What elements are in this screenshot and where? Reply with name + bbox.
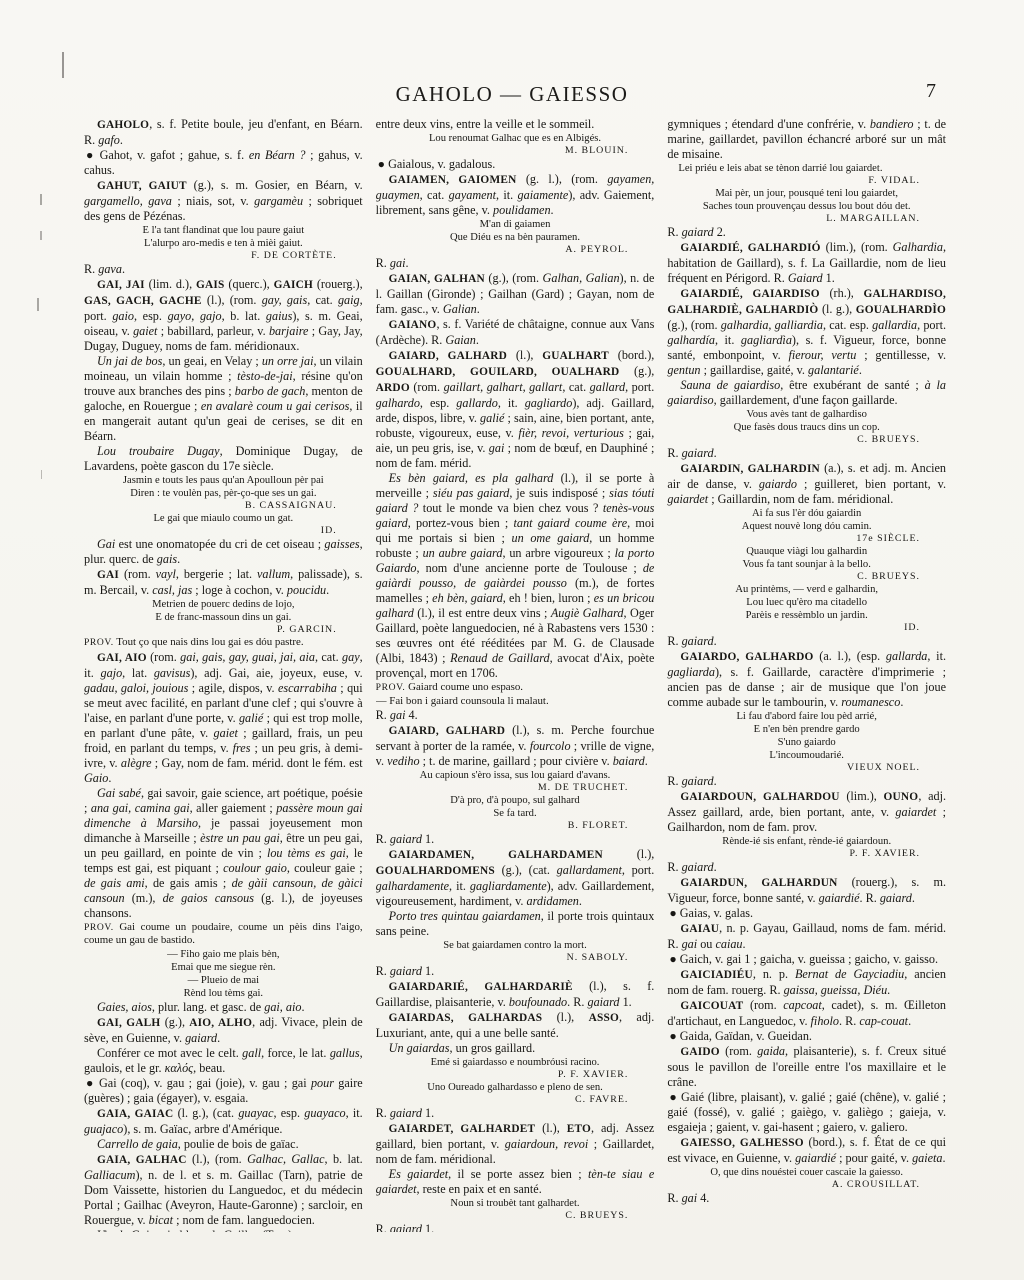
text-block-entry: GAI (rom. vayl, bergerie ; lat. vallum, …: [84, 567, 363, 598]
text-block-plain: R. gaiard 1.: [376, 1106, 655, 1121]
text-block-cit: Lei priéu e leis abat se tènon darrié lo…: [667, 162, 946, 175]
text-block-attr: P. F. XAVIER.: [667, 848, 946, 860]
text-block-entry: GAI, GALH (g.), AIO, ALHO, adj. Vivace, …: [84, 1015, 363, 1046]
text-block-para: Es gaiardet, il se porte assez bien ; tè…: [376, 1167, 655, 1197]
text-block-plain: R. gaiard 1.: [376, 832, 655, 847]
text-block-para: Lou troubaire Dugay, Dominique Dugay, de…: [84, 444, 363, 474]
text-block-verse: Noun si troubèt tant galhardet.: [376, 1197, 655, 1210]
text-block-attr: F. VIDAL.: [667, 175, 946, 187]
text-block-para: Gaies, aios, plur. lang. et gasc. de gai…: [84, 1000, 363, 1015]
text-block-entry: GAIAN, GALHAN (g.), (rom. Galhan, Galian…: [376, 271, 655, 317]
text-block-entry: GAICIADIÉU, n. p. Bernat de Gayciadiu, a…: [667, 967, 946, 998]
text-block-plain: R. gaiard 1.: [376, 1222, 655, 1232]
text-block-attr: P. F. XAVIER.: [376, 1069, 655, 1081]
text-block-entry: GAIARDUN, GALHARDUN (rouerg.), s. m. Vig…: [667, 875, 946, 906]
text-block-attr: A. PEYROL.: [376, 244, 655, 256]
text-block-verse: Li fau d'abord faire lou pèd arrié,E n'e…: [667, 710, 946, 762]
text-block-verse: Metrien de pouerc dedins de lojo,E de fr…: [84, 598, 363, 624]
text-block-verse: — Fiho gaio me plais bèn,Emai que me sie…: [84, 948, 363, 974]
text-block-bullet: ● Gaida, Gaïdan, v. Gueidan.: [667, 1029, 946, 1044]
text-block-entry: GAI, JAI (lim. d.), GAIS (querc.), GAICH…: [84, 277, 363, 354]
text-block-entry: GAI, AIO (rom. gai, gais, gay, guai, jai…: [84, 650, 363, 786]
text-block-entry: GAICOUAT (rom. capcoat, cadet), s. m. Œi…: [667, 998, 946, 1029]
text-block-attr: ID.: [667, 622, 946, 634]
text-block-verse: Jasmin e touts les paus qu'an Apoulloun …: [84, 474, 363, 500]
scan-artifact: [41, 470, 42, 479]
column-1: GAHOLO, s. f. Petite boule, jeu d'enfant…: [84, 117, 363, 1232]
column-3: gymniques ; étendard d'une confrérie, v.…: [667, 117, 946, 1232]
text-block-prov: PROV. Gaiard coume uno espaso.: [376, 681, 655, 695]
text-block-verse: O, que dins nouéstei couer cascaie la ga…: [667, 1166, 946, 1179]
text-block-attr: VIEUX NOEL.: [667, 762, 946, 774]
text-block-entry: GAIARDIÉ, GAIARDISO (rh.), GALHARDISO, G…: [667, 286, 946, 378]
scan-artifact: [40, 231, 42, 240]
text-block-plain: R. gaiard.: [667, 634, 946, 649]
text-block-attr: C. BRUEYS.: [667, 434, 946, 446]
text-block-attr: F. DE CORTÈTE.: [84, 250, 363, 262]
text-block-plain: R. gaiard.: [667, 774, 946, 789]
text-block-para: Gai est une onomatopée du cri de cet ois…: [84, 537, 363, 567]
text-block-bullet: ● Gahot, v. gafot ; gahue, s. f. en Béar…: [84, 148, 363, 178]
text-block-entry: GAIARDAS, GALHARDAS (l.), ASSO, adj. Lux…: [376, 1010, 655, 1041]
text-block-attr: C. FAVRE.: [376, 1094, 655, 1106]
text-block-bullet: ● Gaié (libre, plaisant), v. galié ; gai…: [667, 1090, 946, 1135]
text-block-para: Conférer ce mot avec le celt. gall, forc…: [84, 1046, 363, 1076]
text-block-attr: A. CROUSILLAT.: [667, 1179, 946, 1191]
text-block-plain: R. gaiard 1.: [376, 964, 655, 979]
text-block-attr: M. DE TRUCHET.: [376, 782, 655, 794]
text-block-entry: GAIARDO, GALHARDO (a. l.), (esp. gallard…: [667, 649, 946, 710]
text-block-verse: Ai fa sus l'èr dóu gaiardinAquest nouvè …: [667, 507, 946, 533]
text-block-bullet: ● Gaialous, v. gadalous.: [376, 157, 655, 172]
scan-artifact: [40, 194, 42, 205]
text-block-verse: Lou renoumat Galhac que es en Albigés.: [376, 132, 655, 145]
scan-artifact: [37, 298, 39, 311]
text-block-verse: Au printèms, — verd e galhardin,Lou luec…: [667, 583, 946, 622]
text-block-attr: C. BRUEYS.: [667, 571, 946, 583]
text-block-attr: M. BLOUIN.: [376, 145, 655, 157]
text-block-entry: GAIARDAMEN, GALHARDAMEN (l.), GOUALHARDO…: [376, 847, 655, 909]
text-block-attr: 17e SIÈCLE.: [667, 533, 946, 545]
text-block-verse: Vous avès tant de galhardisoQue fasès do…: [667, 408, 946, 434]
text-columns: GAHOLO, s. f. Petite boule, jeu d'enfant…: [84, 117, 946, 1232]
text-block-entry: GAIARDIÉ, GALHARDIÓ (lim.), (rom. Galhar…: [667, 240, 946, 286]
text-block-plain: R. gai 4.: [667, 1191, 946, 1206]
text-block-plain: R. gaiard.: [667, 446, 946, 461]
text-block-verse: Rènde-ié sis enfant, rènde-ié gaiardoun.: [667, 835, 946, 848]
text-block-verse: Quauque viàgi lou galhardinVous fa tant …: [667, 545, 946, 571]
text-block-entry: GAIARDET, GALHARDET (l.), ETO, adj. Asse…: [376, 1121, 655, 1167]
text-block-para: Gai sabé, gai savoir, gaie science, art …: [84, 786, 363, 921]
text-block-entry: GAIARDARIÉ, GALHARDARIÈ (l.), s. f. Gail…: [376, 979, 655, 1010]
text-block-attr: B. CASSAIGNAU.: [84, 500, 363, 512]
text-block-cont: entre deux vins, entre la veille et le s…: [376, 117, 655, 132]
text-block-attr: L. MARGAILLAN.: [667, 213, 946, 225]
text-block-entry: GAIARDIN, GALHARDIN (a.), s. et adj. m. …: [667, 461, 946, 507]
text-block-prov: PROV. Gai coume un poudaire, coume un pè…: [84, 921, 363, 948]
text-block-para: Vin de Gaia, vin blanc de Gaillac (Tarn)…: [84, 1228, 363, 1232]
text-block-verse: Au capioun s'èro issa, sus lou gaiard d'…: [376, 769, 655, 782]
text-block-verse: D'à pro, d'à poupo, sul galhardSe fa tar…: [376, 794, 655, 820]
text-block-para: Sauna de gaiardiso, être exubérant de sa…: [667, 378, 946, 408]
text-block-plain: R. gava.: [84, 262, 363, 277]
text-block-attr: C. BRUEYS.: [376, 1210, 655, 1222]
text-block-para: Un gaiardas, un gros gaillard.: [376, 1041, 655, 1056]
text-block-entry: GAIARDOUN, GALHARDOU (lim.), OUNO, adj. …: [667, 789, 946, 835]
text-block-plain: R. gai 4.: [376, 708, 655, 723]
text-block-attr: B. FLORET.: [376, 820, 655, 832]
text-block-plain: R. gaiard.: [667, 860, 946, 875]
text-block-verse: Le gai que miaulo coumo un gat.: [84, 512, 363, 525]
scanned-dictionary-page: GAHOLO — GAIESSO 7 GAHOLO, s. f. Petite …: [0, 0, 1024, 1280]
text-block-para: Un jai de bos, un geai, en Velay ; un or…: [84, 354, 363, 444]
text-block-entry: GAIA, GALHAC (l.), (rom. Galhac, Gallac,…: [84, 1152, 363, 1228]
text-block-entry: GAIESSO, GALHESSO (bord.), s. f. État de…: [667, 1135, 946, 1166]
text-block-prov: — Fai bon i gaiard counsoula li malaut.: [376, 695, 655, 709]
text-block-entry: GAIANO, s. f. Variété de châtaigne, conn…: [376, 317, 655, 348]
text-block-attr: P. GARCIN.: [84, 624, 363, 636]
text-block-verse: Emé si gaiardasso e noumbróusi racino.: [376, 1056, 655, 1069]
text-block-entry: GAHOLO, s. f. Petite boule, jeu d'enfant…: [84, 117, 363, 148]
text-block-para: Carrello de gaia, poulie de bois de gaïa…: [84, 1137, 363, 1152]
text-block-verse: M'an di gaiamenQue Diéu es na bèn pauram…: [376, 218, 655, 244]
text-block-plain: R. gaiard 2.: [667, 225, 946, 240]
text-block-verse: Uno Oureado galhardasso e pleno de sen.: [376, 1081, 655, 1094]
page-title: GAHOLO — GAIESSO: [0, 82, 1024, 107]
column-2: entre deux vins, entre la veille et le s…: [376, 117, 655, 1232]
text-block-entry: GAIARD, GALHARD (l.), GUALHART (bord.), …: [376, 348, 655, 471]
text-block-entry: GAIAMEN, GAIOMEN (g. l.), (rom. gayamen,…: [376, 172, 655, 218]
text-block-attr: ID.: [84, 525, 363, 537]
text-block-entry: GAIARD, GALHARD (l.), s. m. Perche fourc…: [376, 723, 655, 769]
text-block-para: Es bèn gaiard, es pla galhard (l.), il s…: [376, 471, 655, 681]
text-block-entry: GAIA, GAIAC (l. g.), (cat. guayac, esp. …: [84, 1106, 363, 1137]
text-block-verse: Se bat gaiardamen contro la mort.: [376, 939, 655, 952]
text-block-verse: — Plueio de maiRènd lou tèms gai.: [84, 974, 363, 1000]
text-block-entry: GAIDO (rom. gaida, plaisanterie), s. f. …: [667, 1044, 946, 1090]
text-block-bullet: ● Gaich, v. gai 1 ; gaicha, v. gueissa ;…: [667, 952, 946, 967]
text-block-para: Porto tres quintau gaiardamen, il porte …: [376, 909, 655, 939]
text-block-verse: Mai pèr, un jour, pousqué teni lou gaiar…: [667, 187, 946, 213]
text-block-entry: GAHUT, GAIUT (g.), s. m. Gosier, en Béar…: [84, 178, 363, 224]
text-block-bullet: ● Gai (coq), v. gau ; gai (joie), v. gau…: [84, 1076, 363, 1106]
text-block-bullet: ● Gaias, v. galas.: [667, 906, 946, 921]
text-block-cont: gymniques ; étendard d'une confrérie, v.…: [667, 117, 946, 162]
text-block-attr: N. SABOLY.: [376, 952, 655, 964]
text-block-prov: PROV. Tout ço que nais dins lou gai es d…: [84, 636, 363, 650]
scan-artifact: [62, 52, 64, 78]
page-number: 7: [926, 80, 936, 103]
text-block-verse: E l'a tant flandinat que lou paure gaiut…: [84, 224, 363, 250]
text-block-plain: R. gai.: [376, 256, 655, 271]
text-block-entry: GAIAU, n. p. Gayau, Gaillaud, noms de fa…: [667, 921, 946, 952]
